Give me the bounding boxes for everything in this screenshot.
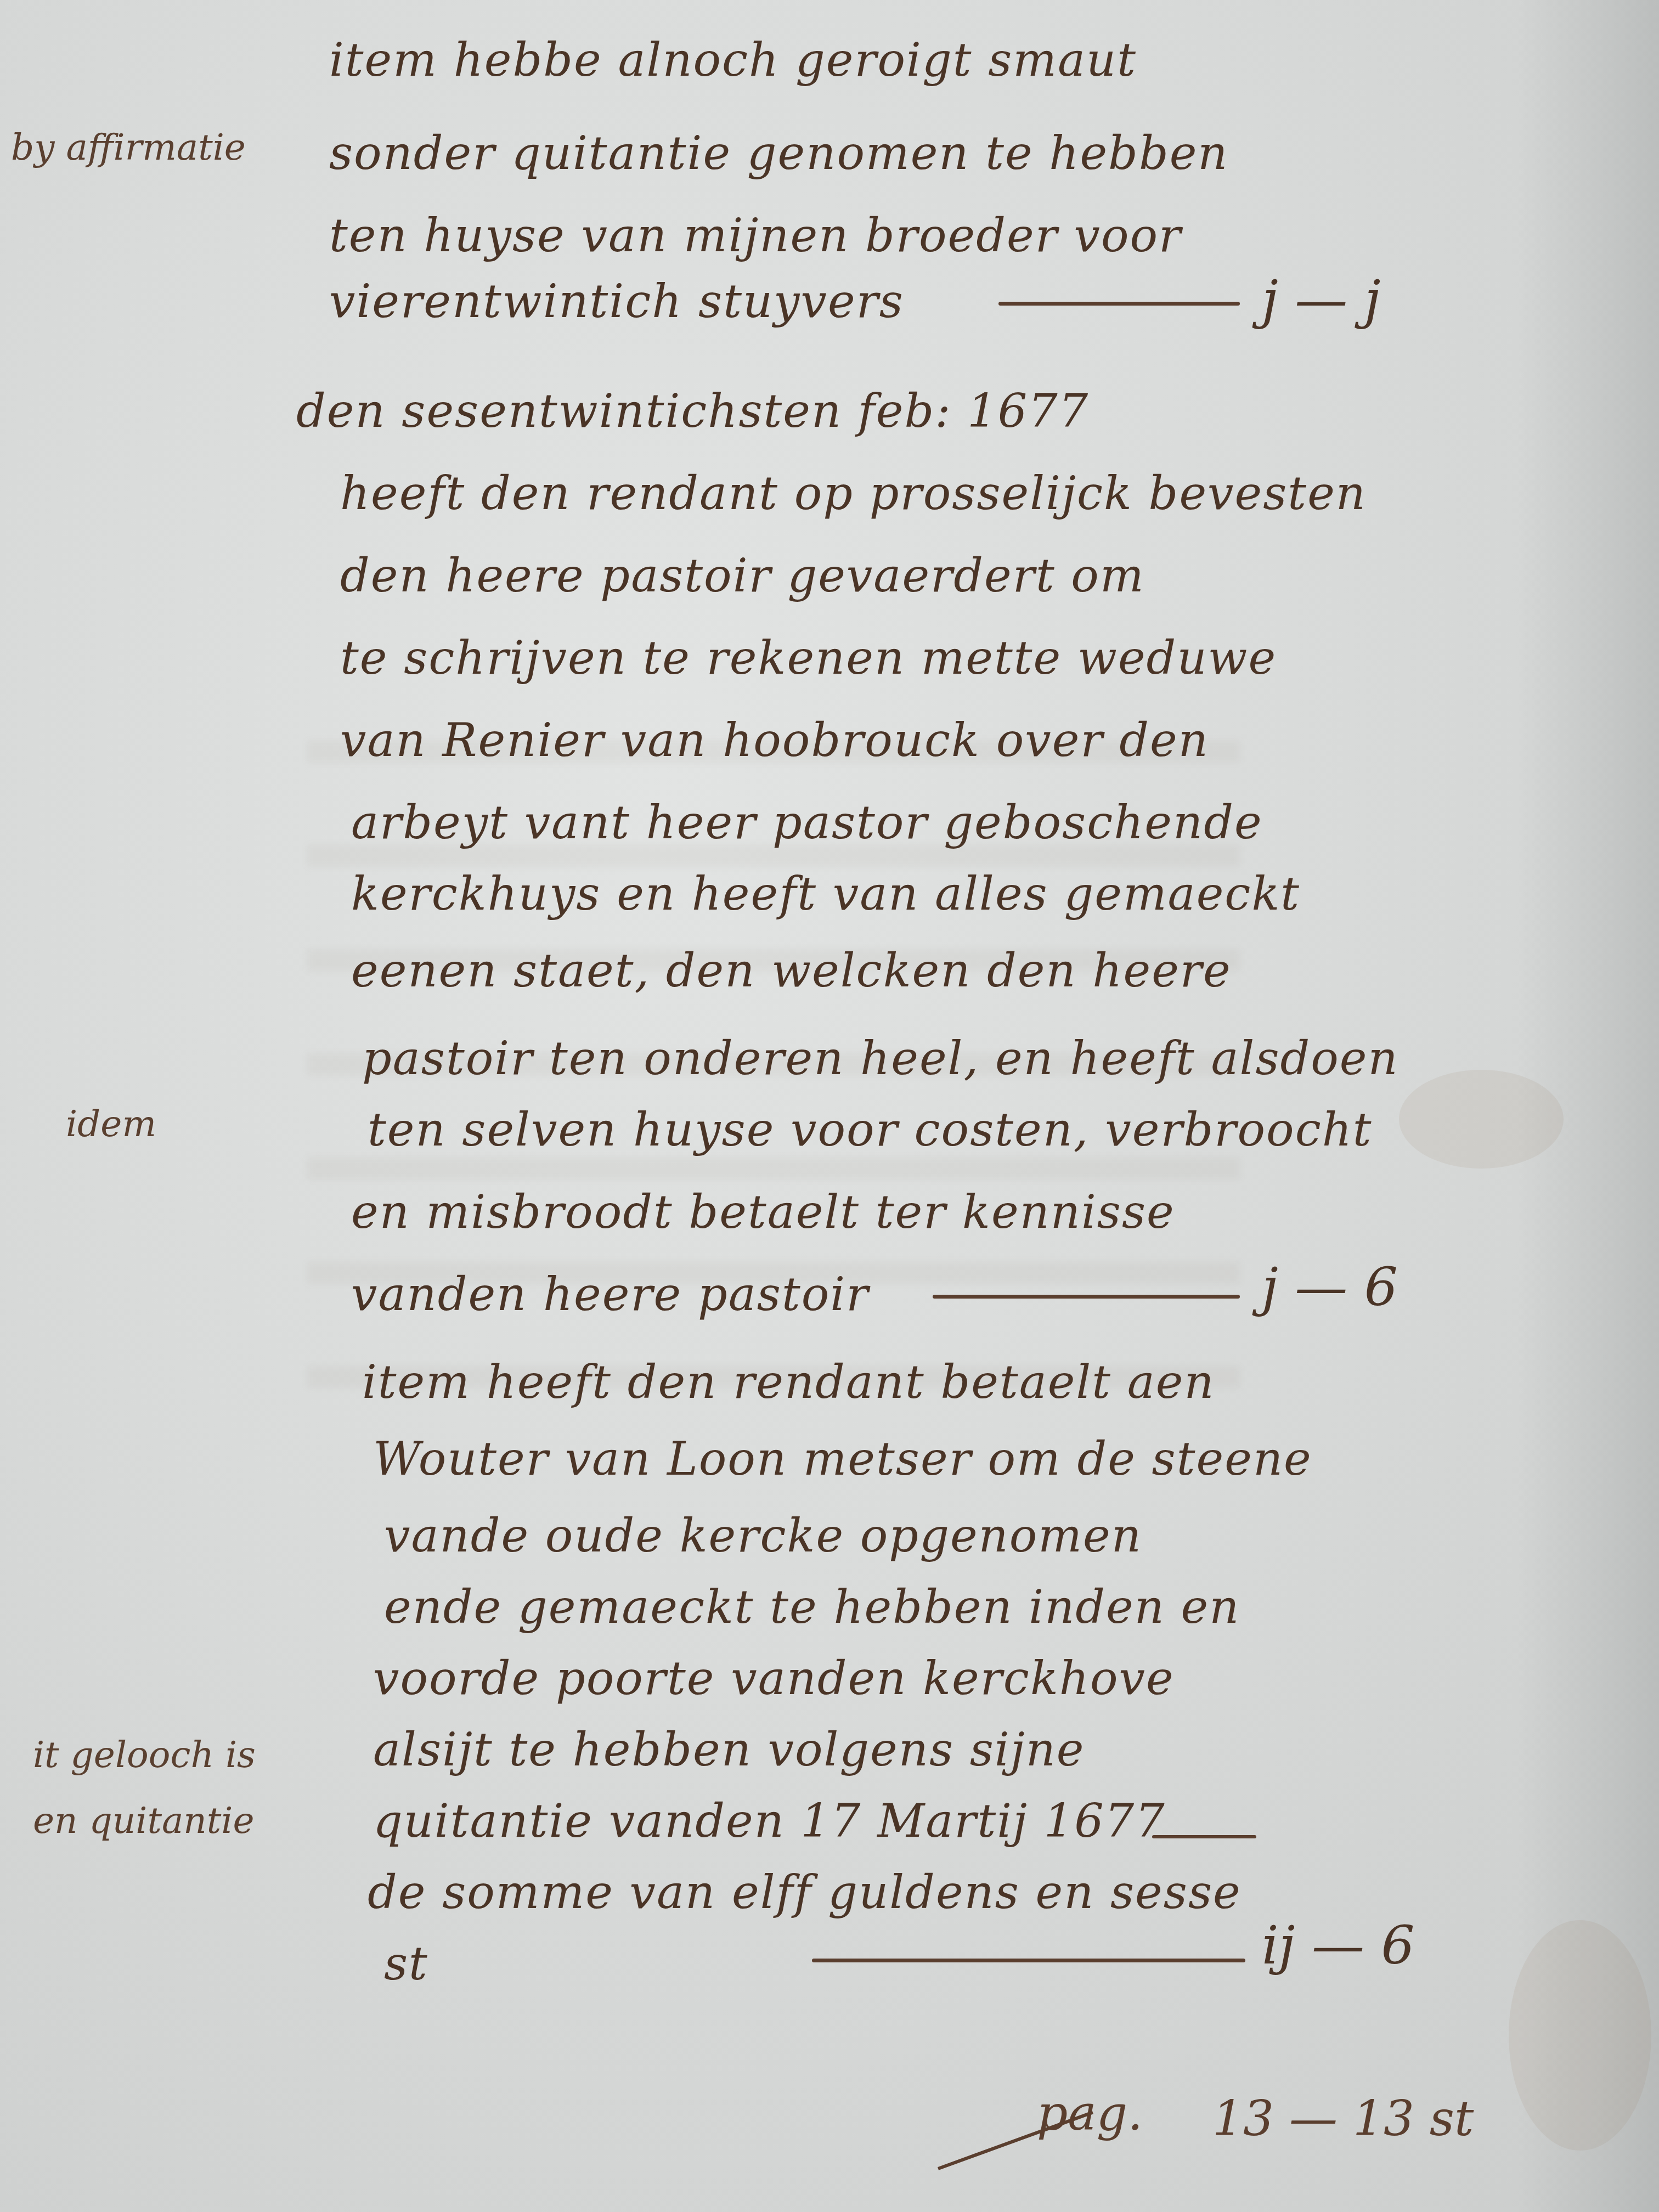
amount-leader-rule — [933, 1295, 1240, 1299]
entry-2-line-1: den sesentwintichsten feb: 1677 — [296, 384, 1089, 438]
entry-1-line-2: sonder quitantie genomen te hebben — [329, 126, 1228, 180]
entry-1-line-1: item hebbe alnoch geroigt smaut — [329, 33, 1137, 87]
amount-entry-1: j — j — [1262, 269, 1381, 330]
margin-note-entry-2: idem — [66, 1103, 156, 1145]
entry-2-line-3: den heere pastoir gevaerdert om — [340, 549, 1145, 602]
amount-leader-rule — [812, 1959, 1245, 1962]
entry-3-line-1: item heeft den rendant betaelt aen — [362, 1355, 1215, 1409]
margin-note-entry-3-line-2: en quitantie — [33, 1799, 254, 1842]
entry-3-line-4: ende gemaeckt te hebben inden en — [384, 1580, 1240, 1634]
amount-leader-rule — [998, 302, 1240, 306]
entry-3-line-2: Wouter van Loon metser om de steene — [373, 1432, 1312, 1486]
entry-1-line-3: ten huyse van mijnen broeder voor — [329, 208, 1182, 262]
entry-3-line-5: voorde poorte vanden kerckhove — [373, 1651, 1175, 1705]
entry-2-line-8: eenen staet, den welcken den heere — [351, 944, 1232, 997]
entry-3-line-7: quitantie vanden 17 Martij 1677 — [373, 1794, 1166, 1848]
entry-2-line-7: kerckhuys en heeft van alles gemaeckt — [351, 867, 1300, 921]
entry-3-line-6: alsijt te hebben volgens sijne — [373, 1723, 1085, 1776]
margin-note-entry-3-line-1: it gelooch is — [33, 1734, 256, 1776]
entry-2-line-10: ten selven huyse voor costen, verbroocht — [368, 1103, 1373, 1156]
paper-stain — [1509, 1920, 1651, 2151]
margin-note-entry-1: by affirmatie — [11, 126, 246, 168]
entry-3-line-9: st — [384, 1937, 428, 1990]
entry-2-line-6: arbeyt vant heer pastor geboschende — [351, 795, 1263, 849]
entry-3-line-8: de somme van elff guldens en sesse — [368, 1865, 1242, 1919]
entry-2-line-4: te schrijven te rekenen mette weduwe — [340, 631, 1277, 685]
entry-2-line-11: en misbroodt betaelt ter kennisse — [351, 1185, 1175, 1239]
entry-2-line-2: heeft den rendant op prosselijck beveste… — [340, 466, 1367, 520]
entry-2-line-5: van Renier van hoobrouck over den — [340, 713, 1209, 767]
amount-entry-3: ij — 6 — [1262, 1915, 1415, 1976]
entry-2-line-9: pastoir ten onderen heel, en heeft alsdo… — [362, 1031, 1399, 1085]
paper-stain — [1399, 1070, 1564, 1169]
entry-3-line-3: vande oude kercke opgenomen — [384, 1509, 1142, 1562]
amount-entry-2: j — 6 — [1262, 1256, 1398, 1318]
entry-2-line-12: vanden heere pastoir — [351, 1267, 869, 1321]
manuscript-page: by affirmatie item hebbe alnoch geroigt … — [0, 0, 1659, 2212]
year-underline — [1152, 1835, 1256, 1838]
folio-value: 13 — 13 st — [1212, 2090, 1474, 2147]
entry-1-line-4: vierentwintich stuyvers — [329, 274, 904, 328]
